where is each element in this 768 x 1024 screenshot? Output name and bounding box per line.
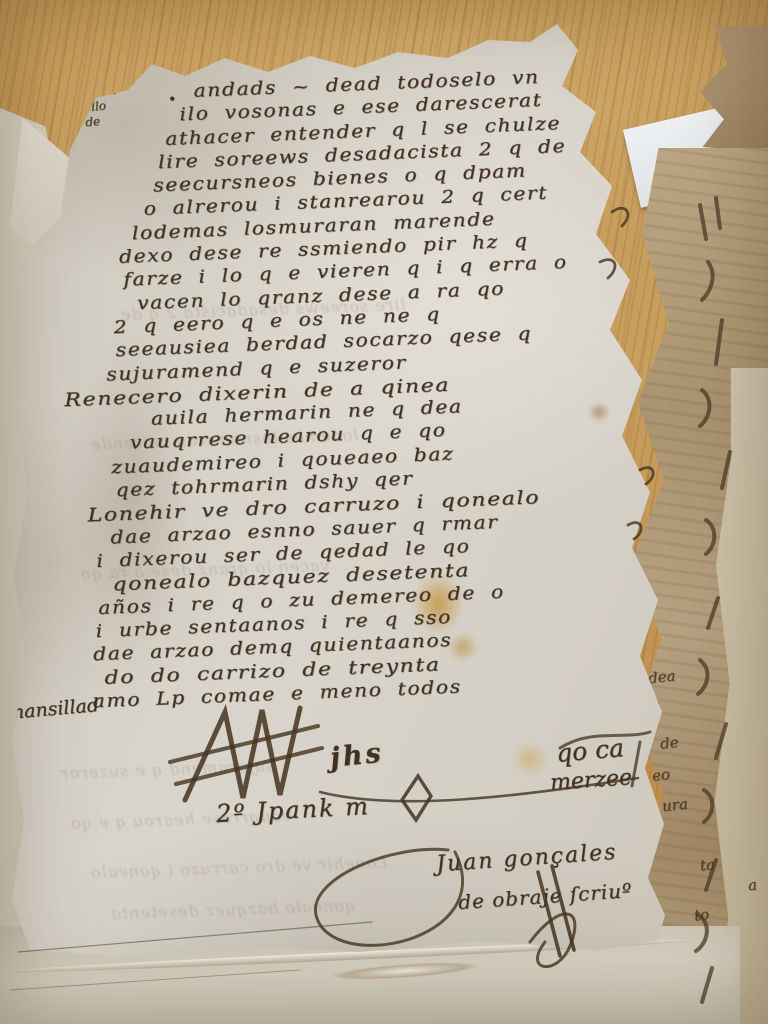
manuscript-photo: dea qi de eo ura ta to taõ a lire soreew… (0, 0, 768, 1024)
rubric-flourish-drawing (0, 0, 768, 1024)
